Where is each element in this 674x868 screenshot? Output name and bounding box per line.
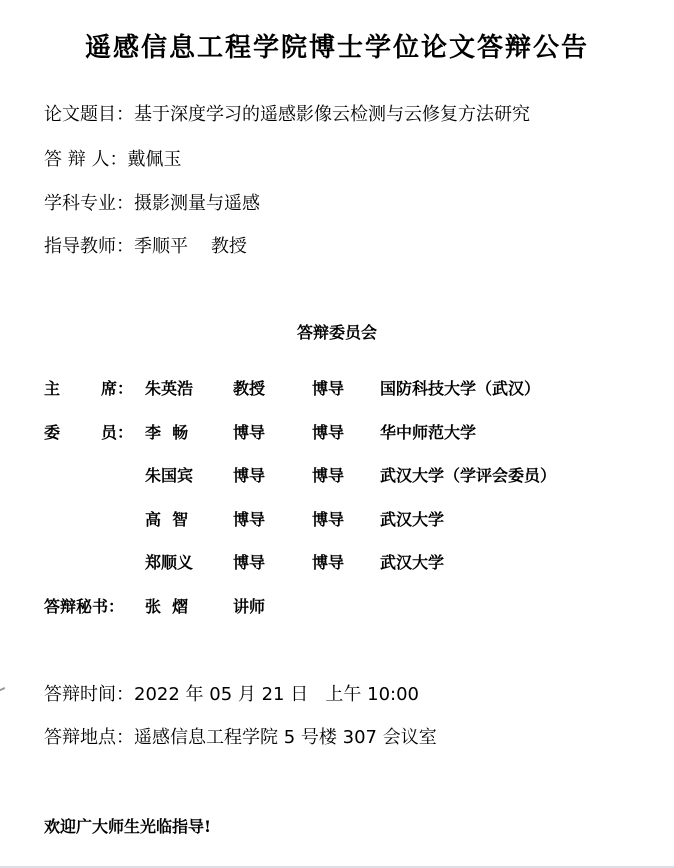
secretary-title: 讲师 <box>233 595 265 619</box>
committee-member-row: 郑顺义 博导 博导 武汉大学 <box>44 551 664 575</box>
major-line: 学科专业：摄影测量与遥感 <box>44 192 260 216</box>
member-name: 李 畅 <box>145 421 188 445</box>
member-name: 高 智 <box>145 508 188 532</box>
secretary-role: 答辩秘书： <box>44 595 124 619</box>
advisor-label: 指导教师： <box>44 236 134 257</box>
member-supervisor-title: 博导 <box>312 551 344 575</box>
member-organization: 武汉大学 <box>380 551 444 575</box>
member-title: 博导 <box>233 464 265 488</box>
members-role-first-char: 委 <box>44 421 60 445</box>
thesis-topic-label: 论文题目： <box>44 104 134 125</box>
member-name: 朱国宾 <box>145 464 193 488</box>
member-supervisor-title: 博导 <box>312 421 344 445</box>
major-value: 摄影测量与遥感 <box>134 193 260 214</box>
chair-supervisor-title: 博导 <box>312 377 344 401</box>
member-title: 博导 <box>233 508 265 532</box>
defense-location-value: 遥感信息工程学院 5 号楼 307 会议室 <box>134 727 437 748</box>
committee-member-row: 高 智 博导 博导 武汉大学 <box>44 508 664 532</box>
chair-name: 朱英浩 <box>145 377 193 401</box>
thesis-topic-value: 基于深度学习的遥感影像云检测与云修复方法研究 <box>134 104 530 125</box>
major-label: 学科专业： <box>44 193 134 214</box>
committee-secretary-row: 答辩秘书： 张 熠 讲师 <box>44 595 664 619</box>
welcome-message: 欢迎广大师生光临指导! <box>44 816 211 838</box>
committee-heading: 答辩委员会 <box>0 322 674 344</box>
member-organization: 华中师范大学 <box>380 421 476 445</box>
member-supervisor-title: 博导 <box>312 508 344 532</box>
member-title: 博导 <box>233 421 265 445</box>
chair-role-first-char: 主 <box>44 377 60 401</box>
member-name: 郑顺义 <box>145 551 193 575</box>
chair-organization: 国防科技大学（武汉） <box>380 377 540 401</box>
defense-time-value: 2022 年 05 月 21 日 上午 10:00 <box>134 684 419 705</box>
margin-mark <box>0 687 7 695</box>
defender-label: 答 辩 人： <box>44 149 127 170</box>
committee-chair-row: 主 席： 朱英浩 教授 博导 国防科技大学（武汉） <box>44 377 664 401</box>
member-organization: 武汉大学（学评会委员） <box>380 464 556 488</box>
member-supervisor-title: 博导 <box>312 464 344 488</box>
defense-time-label: 答辩时间： <box>44 684 134 705</box>
chair-title: 教授 <box>233 377 265 401</box>
advisor-line: 指导教师：季顺平 教授 <box>44 235 247 259</box>
defender-value: 戴佩玉 <box>127 149 181 170</box>
secretary-name: 张 熠 <box>145 595 188 619</box>
page-title: 遥感信息工程学院博士学位论文答辩公告 <box>0 30 674 66</box>
defense-location-line: 答辩地点：遥感信息工程学院 5 号楼 307 会议室 <box>44 726 437 750</box>
chair-role-second-char: 席： <box>101 377 133 401</box>
members-role-second-char: 员： <box>101 421 133 445</box>
advisor-value: 季顺平 教授 <box>134 236 247 257</box>
member-title: 博导 <box>233 551 265 575</box>
defense-time-line: 答辩时间：2022 年 05 月 21 日 上午 10:00 <box>44 683 419 707</box>
thesis-topic-line: 论文题目：基于深度学习的遥感影像云检测与云修复方法研究 <box>44 103 530 127</box>
committee-member-row: 朱国宾 博导 博导 武汉大学（学评会委员） <box>44 464 664 488</box>
defender-line: 答 辩 人：戴佩玉 <box>44 148 181 172</box>
defense-location-label: 答辩地点： <box>44 727 134 748</box>
member-organization: 武汉大学 <box>380 508 444 532</box>
committee-member-row: 委 员： 李 畅 博导 博导 华中师范大学 <box>44 421 664 445</box>
